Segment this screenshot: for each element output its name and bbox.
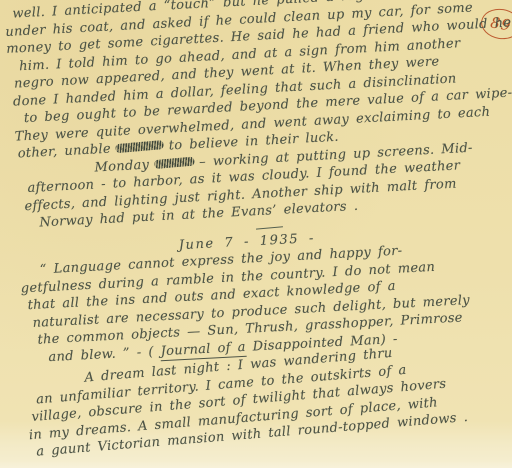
paper-bottom-edge xyxy=(0,460,512,468)
section-divider-line xyxy=(256,226,283,229)
line-text: Monday xyxy=(94,157,149,175)
paragraph-touch-anecdote: well. I anticipated a “touch” but he pul… xyxy=(4,0,512,163)
journal-page: 89 well. I anticipated a “touch” but he … xyxy=(0,0,512,468)
scribbled-out-word xyxy=(154,156,195,168)
handwritten-text-block: well. I anticipated a “touch” but he pul… xyxy=(4,0,512,462)
scribbled-out-word xyxy=(115,140,164,153)
